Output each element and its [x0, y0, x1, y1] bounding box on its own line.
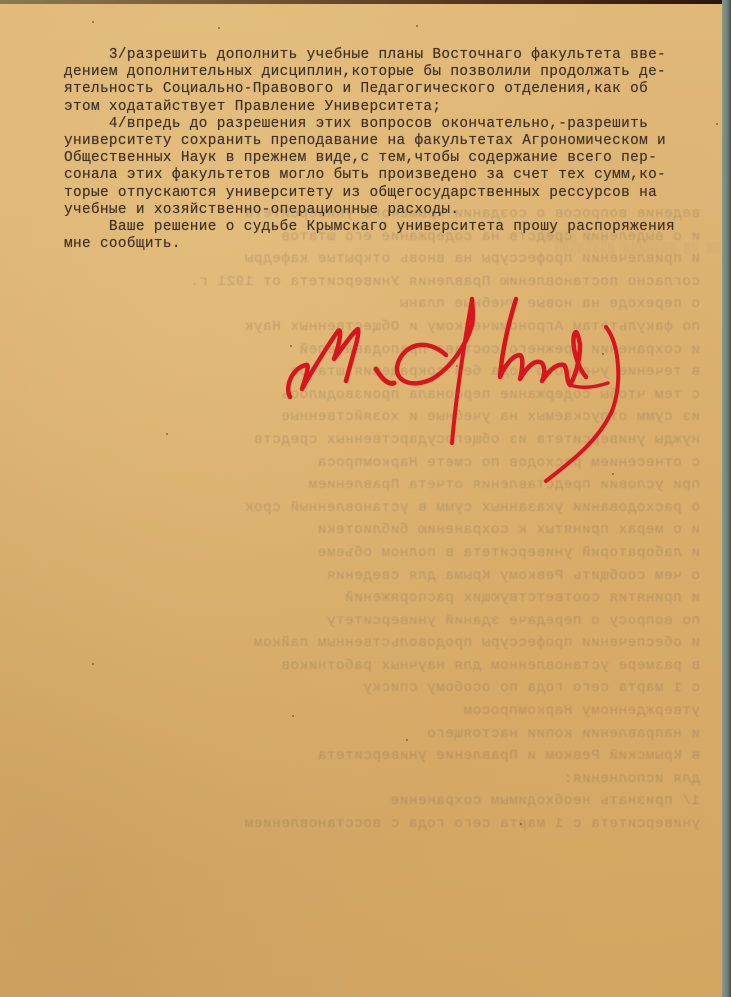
text-line: учебные и хозяйственно-операционные расх… — [64, 202, 714, 219]
text-line: сонала этих факультетов могло быть произ… — [64, 167, 714, 184]
text-line: этом ходатайствует Правление Университет… — [64, 99, 714, 116]
paragraph-item-4: 4/впредь до разрешения этих вопросов око… — [64, 116, 714, 219]
typewritten-letter-body: 3/разрешить дополнить учебные планы Вост… — [64, 47, 714, 253]
scan-edge-right — [722, 0, 731, 997]
text-line: мне сообщить. — [64, 236, 714, 253]
text-line: 4/впредь до разрешения этих вопросов око… — [64, 116, 714, 133]
paragraph-item-3: 3/разрешить дополнить учебные планы Вост… — [64, 47, 714, 116]
red-signature: М. Фрунзе — [276, 285, 626, 485]
text-line: Ваше решение о судьбе Крымскаго универси… — [64, 219, 714, 236]
text-line: Общественных Наук в прежнем виде,с тем,ч… — [64, 150, 714, 167]
text-line: дением дополнительных дисциплин,которые … — [64, 64, 714, 81]
text-line: торые отпускаются университету из общего… — [64, 185, 714, 202]
scan-edge-top — [0, 0, 731, 4]
text-line: 3/разрешить дополнить учебные планы Вост… — [64, 47, 714, 64]
text-line: ятельность Социально-Правового и Педагог… — [64, 81, 714, 98]
paragraph-closing: Ваше решение о судьбе Крымскаго универси… — [64, 219, 714, 253]
text-line: университету сохранить преподавание на ф… — [64, 133, 714, 150]
paper-sheet: ведение вопросов о создании Крымского ун… — [0, 3, 722, 997]
